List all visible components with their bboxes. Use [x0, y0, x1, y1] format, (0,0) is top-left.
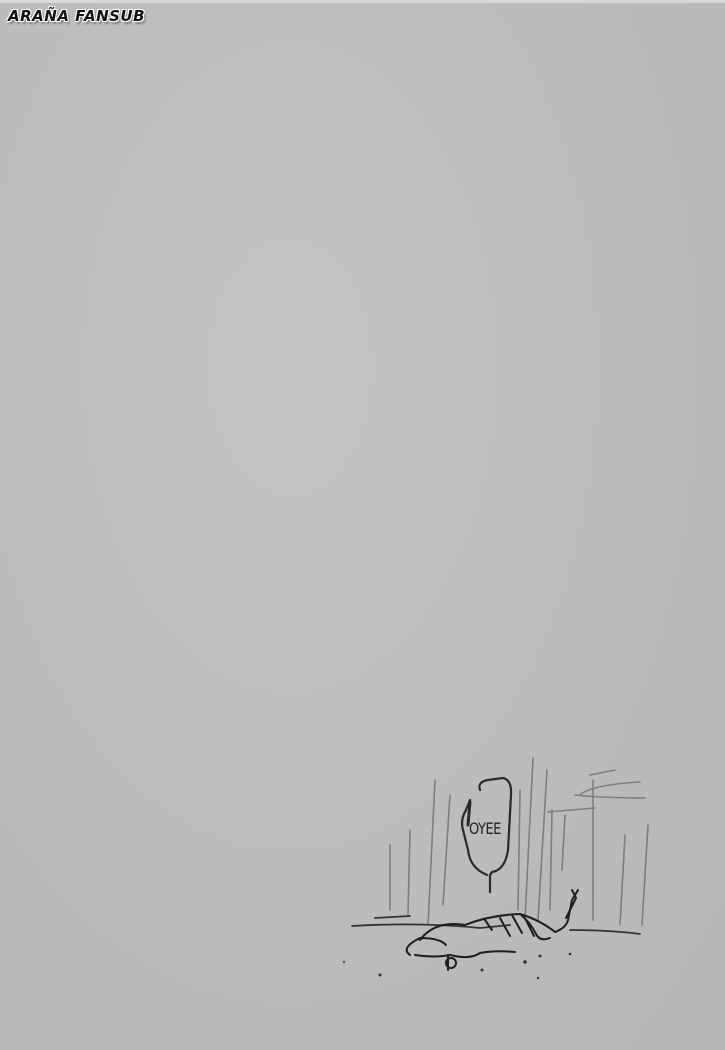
pencil-sketch-illustration: [340, 750, 660, 990]
manga-page: ARAÑA FANSUB: [0, 0, 725, 1050]
scanlation-watermark: ARAÑA FANSUB: [8, 7, 145, 25]
speech-bubble-text: OYEE: [469, 820, 501, 839]
page-top-edge: [0, 0, 725, 3]
